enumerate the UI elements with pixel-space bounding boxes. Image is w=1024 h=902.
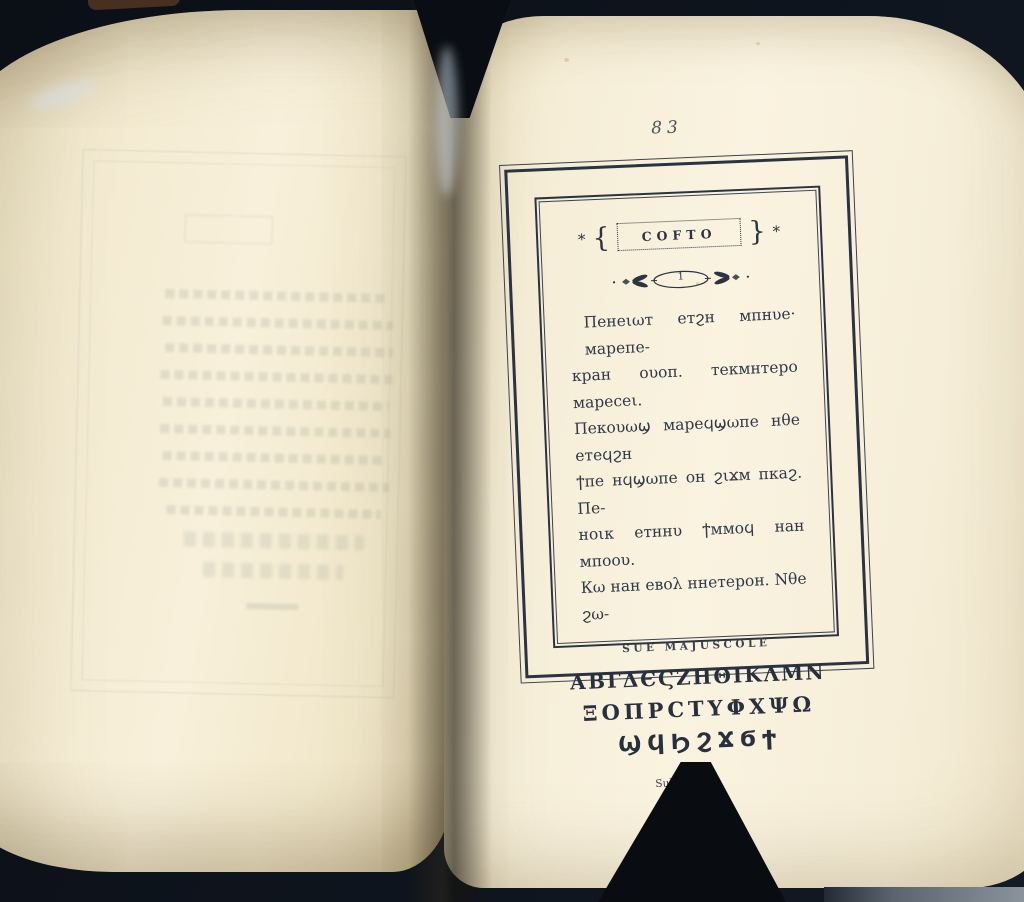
coptic-text-line: Пекоυωϣ мареϥϣωпе нθе етеϥϩн — [574, 407, 802, 469]
frame-rule-outer: * { COFTO } * — [499, 150, 874, 683]
left-page — [0, 10, 452, 872]
foxing-speck — [756, 42, 760, 45]
table-edge — [824, 887, 1024, 902]
coptic-text-line: кран оυоп. текмнтеро маресеι. — [571, 354, 799, 416]
foxing-speck — [564, 58, 569, 62]
coptic-text-block: Пенеιωт етϩн мпнυе· марепе- кран оυоп. т… — [569, 301, 808, 628]
majuscules-label: SUE MAJUSCOLE — [558, 634, 834, 658]
coptic-text-line: ϯпе нϥϣωпе он ϩιϫм пкаϩ. Пе- — [576, 460, 804, 522]
brace-left-ornament: { — [592, 224, 610, 252]
coptic-text-line: Кω нан евоλ ннетерон. Nθе ϩω- — [580, 565, 808, 627]
frame-rule-inner-thin: * { COFTO } * — [539, 190, 835, 644]
specimen-frame: * { COFTO } * — [499, 150, 874, 683]
ghost-capitals-line — [203, 562, 343, 580]
floret-ornament-icon: * — [578, 232, 586, 247]
frame-rule-inner-thick: * { COFTO } * — [534, 186, 839, 649]
title-cartouche-row: * { COFTO } * — [541, 215, 818, 255]
left-page-showthrough — [0, 5, 462, 878]
specimen-content: * { COFTO } * — [540, 191, 841, 794]
ghost-cartouche — [184, 214, 273, 244]
floret-ornament-icon: * — [772, 224, 780, 239]
book-photo: 83 * { COFTO } * — [0, 0, 1024, 902]
specimen-title: COFTO — [616, 218, 742, 251]
sample-number-ornament: 1 — [543, 263, 820, 297]
coptic-text-line: ноικ етннυ ϯммоϥ нан мпооυ. — [578, 513, 806, 575]
ghost-caption — [246, 603, 298, 610]
frame-rule-thick: * { COFTO } * — [504, 155, 869, 678]
coptic-text-line: Пенеιωт етϩн мпнυе· марепе- — [569, 301, 797, 363]
page-number: 83 — [612, 116, 723, 140]
page-edge-highlight — [436, 46, 458, 196]
brace-right-ornament: } — [748, 217, 766, 245]
